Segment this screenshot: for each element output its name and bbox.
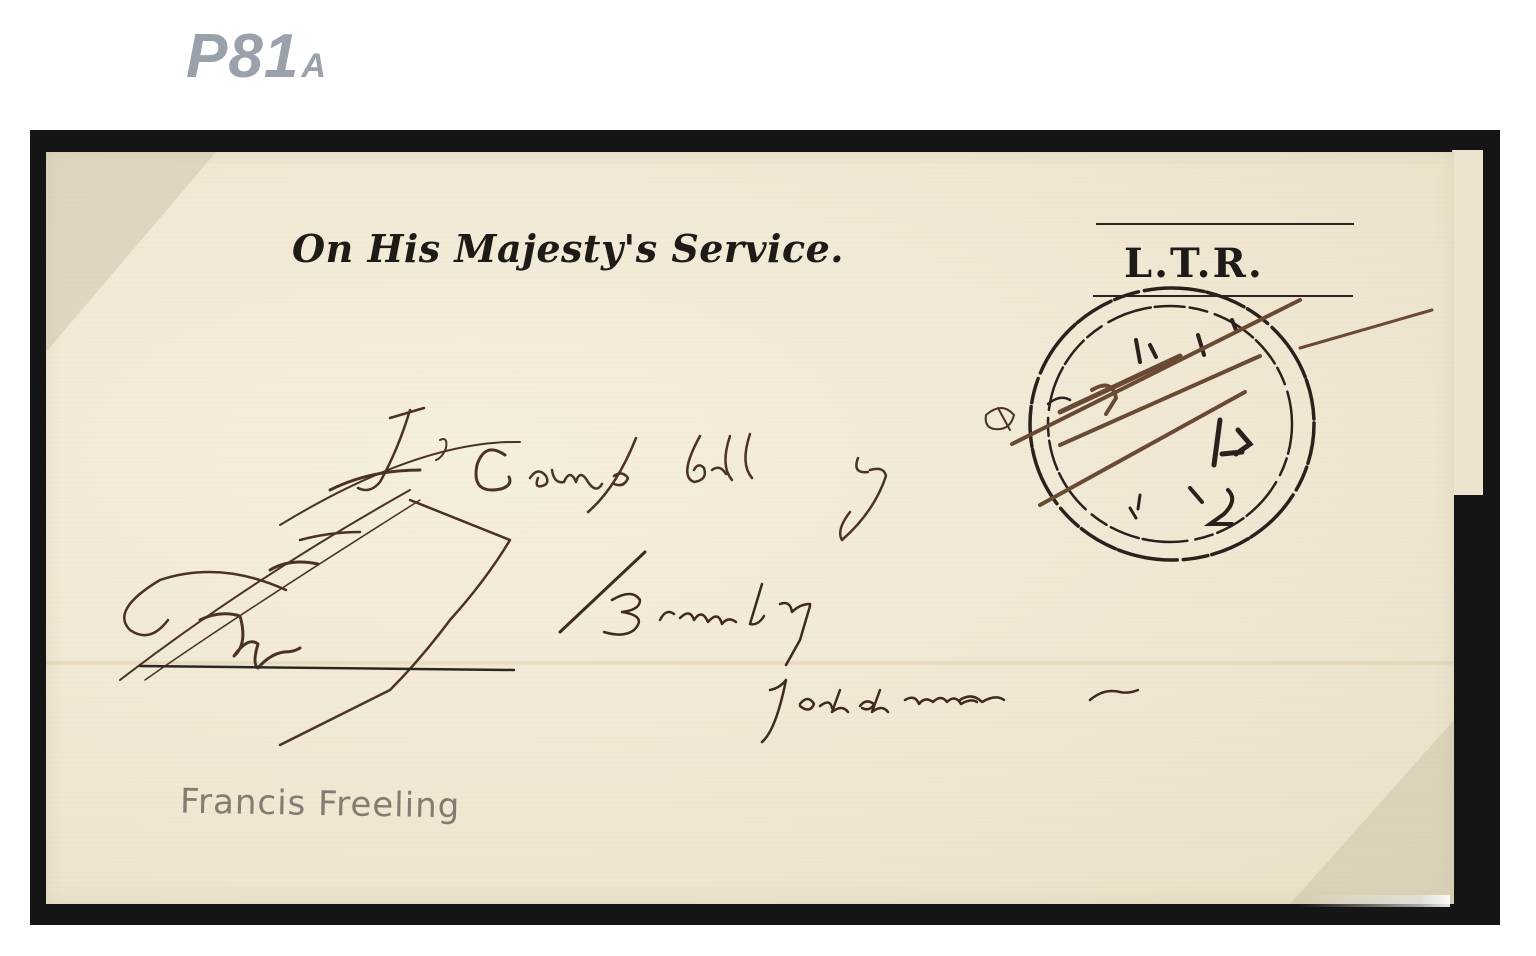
pencil-annotation: Francis Freeling (180, 782, 461, 827)
postmark-icon (1030, 288, 1314, 560)
address-line-name (280, 408, 886, 540)
esq-flourish (986, 408, 1014, 430)
free-frank-signature (120, 490, 514, 745)
address-line-county (762, 680, 1138, 742)
address-line-town (560, 552, 810, 665)
lot-image: P81A On His Majesty's Service. L.T.R. (0, 0, 1536, 956)
rate-strike-marks (1012, 300, 1432, 505)
